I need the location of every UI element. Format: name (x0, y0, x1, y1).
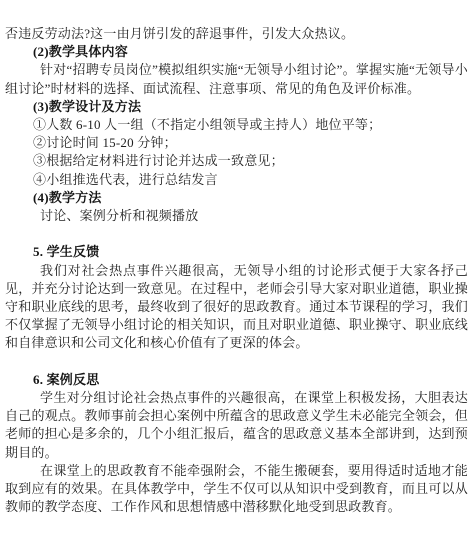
paragraph: 在课堂上的思政教育不能牵强附会，不能生搬硬套，要用得适时适地才能取到应有的效果。… (5, 462, 468, 517)
section-heading: (3)教学设计及方法 (5, 98, 468, 116)
section-heading: 5. 学生反馈 (5, 243, 468, 261)
document-page: 否违反劳动法?这一由月饼引发的辞退事件，引发大众热议。(2)教学具体内容针对“招… (0, 0, 473, 554)
list-item: ④小组推选代表，进行总结发言 (5, 171, 468, 189)
blank-line (5, 225, 468, 243)
paragraph: 学生对分组讨论社会热点事件的兴趣很高，在课堂上积极发扬，大胆表达自己的观点。教师… (5, 389, 468, 462)
paragraph: 我们对社会热点事件兴趣很高，无领导小组的讨论形式便于大家各抒己见，并充分讨论达到… (5, 262, 468, 353)
list-item: ②讨论时间 15-20 分钟； (5, 134, 468, 152)
list-item: ①人数 6-10 人一组（不指定小组领导或主持人）地位平等； (5, 116, 468, 134)
paragraph: 针对“招聘专员岗位”模拟组织实施“无领导小组讨论”。掌握实施“无领导小组讨论”时… (5, 61, 468, 97)
list-item: ③根据给定材料进行讨论并达成一致意见； (5, 152, 468, 170)
section-heading: 6. 案例反思 (5, 371, 468, 389)
section-heading: (4)教学方法 (5, 189, 468, 207)
blank-line (5, 353, 468, 371)
document-body: 否违反劳动法?这一由月饼引发的辞退事件，引发大众热议。(2)教学具体内容针对“招… (5, 25, 468, 516)
paragraph: 讨论、案例分析和视频播放 (5, 207, 468, 225)
paragraph: 否违反劳动法?这一由月饼引发的辞退事件，引发大众热议。 (5, 25, 468, 43)
section-heading: (2)教学具体内容 (5, 43, 468, 61)
